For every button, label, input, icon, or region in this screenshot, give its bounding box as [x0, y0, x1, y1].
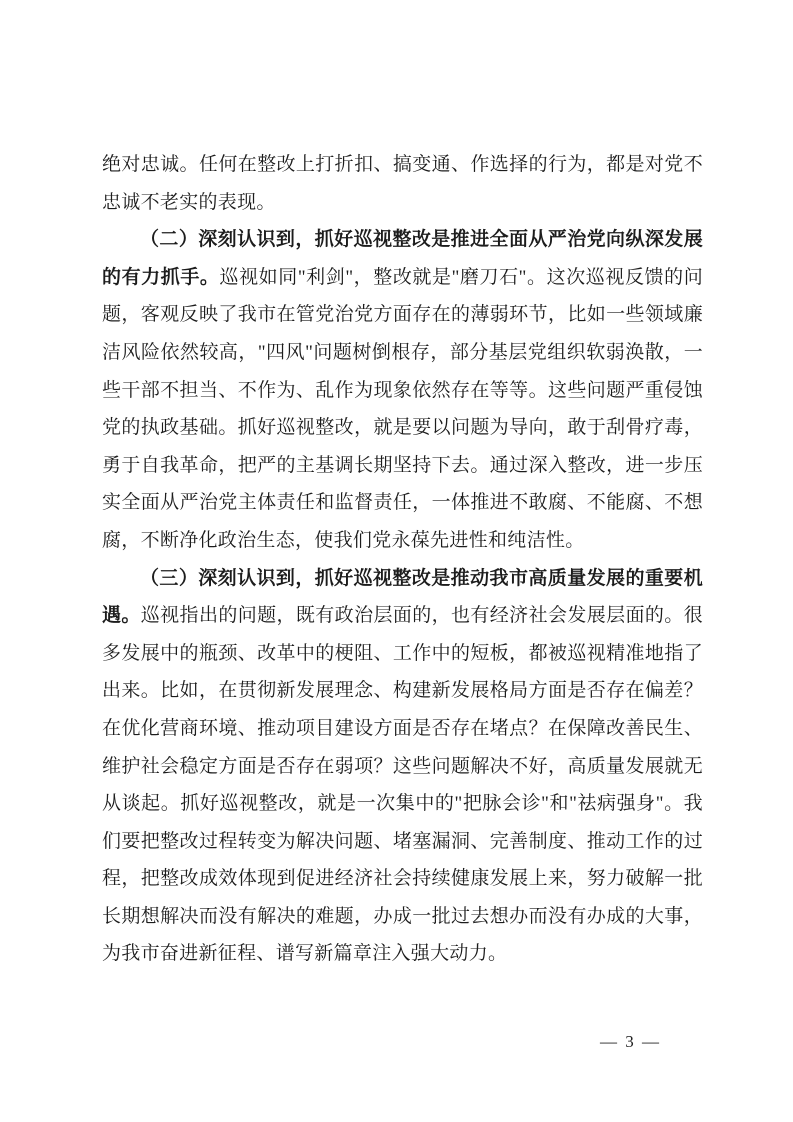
- paragraph-body: 绝对忠诚。任何在整改上打折扣、搞变通、作选择的行为，都是对党不忠诚不老实的表现。: [102, 154, 703, 213]
- page-number: — 3 —: [600, 1031, 661, 1053]
- paragraph: （三）深刻认识到，抓好巡视整改是推动我市高质量发展的重要机遇。巡视指出的问题，既…: [102, 560, 703, 974]
- paragraph: （二）深刻认识到，抓好巡视整改是推进全面从严治党向纵深发展的有力抓手。巡视如同"…: [102, 221, 703, 559]
- paragraph-body: 巡视指出的问题，既有政治层面的，也有经济社会发展层面的。很多发展中的瓶颈、改革中…: [102, 605, 703, 964]
- paragraph-body: 巡视如同"利剑"，整改就是"磨刀石"。这次巡视反馈的问题，客观反映了我市在管党治…: [102, 267, 703, 551]
- document-body: 绝对忠诚。任何在整改上打折扣、搞变通、作选择的行为，都是对党不忠诚不老实的表现。…: [102, 146, 703, 973]
- document-page: 绝对忠诚。任何在整改上打折扣、搞变通、作选择的行为，都是对党不忠诚不老实的表现。…: [0, 0, 793, 1122]
- paragraph: 绝对忠诚。任何在整改上打折扣、搞变通、作选择的行为，都是对党不忠诚不老实的表现。: [102, 146, 703, 221]
